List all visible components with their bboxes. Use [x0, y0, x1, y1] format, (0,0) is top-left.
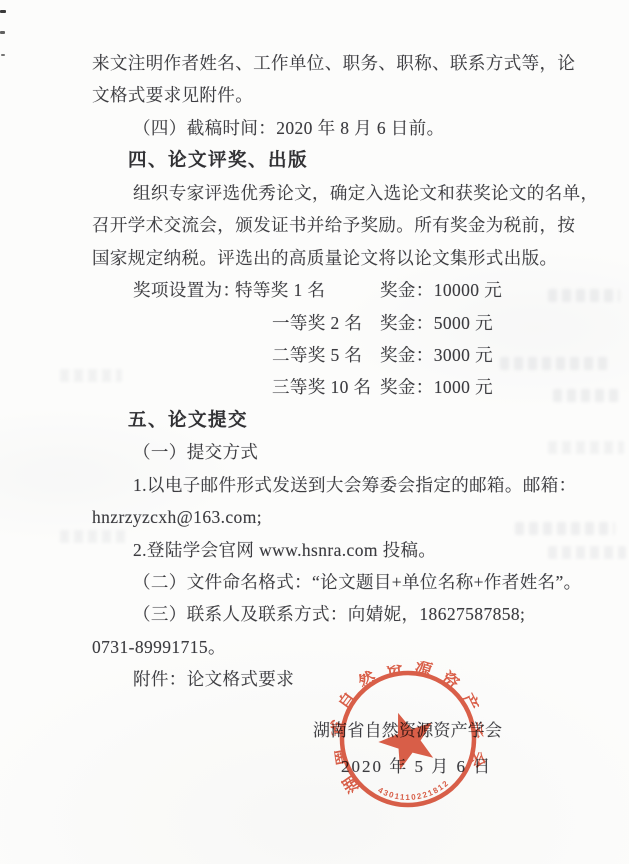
prize-name: 三等奖 10 名: [272, 371, 371, 403]
official-red-seal: 湖南省自然资源资产学会 4301110221812: [323, 654, 492, 823]
prize-row-second: 二等奖 5 名 奖金：3000 元: [92, 339, 574, 371]
prize-name: 一等奖 2 名: [272, 307, 362, 339]
body-line-intro-2: 文格式要求见附件。: [92, 79, 574, 111]
prize-award: 奖金：3000 元: [380, 339, 493, 371]
prize-row-first: 一等奖 2 名 奖金：5000 元: [92, 307, 574, 339]
prize-award: 奖金：5000 元: [380, 307, 493, 339]
scan-speck: [0, 31, 5, 34]
prize-table-prefix: 奖项设置为：: [133, 274, 240, 306]
body-line-deadline: （四）截稿时间：2020 年 8 月 6 日前。: [92, 112, 574, 144]
prize-award: 奖金：1000 元: [380, 371, 493, 403]
prize-name: 特等奖 1 名: [235, 274, 325, 306]
seal-star-icon: [375, 708, 438, 772]
section4-body-line-1: 组织专家评选优秀论文，确定入选论文和获奖论文的名单，: [92, 177, 574, 209]
section4-heading: 四、论文评奖、出版: [92, 144, 574, 176]
document-body: 来文注明作者姓名、工作单位、职务、职称、联系方式等，论 文格式要求见附件。 （四…: [92, 47, 574, 696]
prize-name: 二等奖 5 名: [272, 339, 362, 371]
section5-item1-line: 1.以电子邮件形式发送到大会筹委会指定的邮箱。邮箱：: [92, 469, 574, 501]
section4-body-line-3: 国家规定纳税。评选出的高质量论文将以论文集形式出版。: [92, 242, 574, 274]
prize-award: 奖金：10000 元: [380, 274, 502, 306]
section5-sub2-line: （二）文件命名格式：“论文题目+单位名称+作者姓名”。: [92, 566, 574, 598]
section5-sub1-title: （一）提交方式: [92, 436, 574, 468]
section5-item1-email: hnzrzyzcxh@163.com;: [92, 501, 574, 533]
body-line-intro-1: 来文注明作者姓名、工作单位、职务、职称、联系方式等，论: [92, 47, 574, 79]
scanned-document-page: 来文注明作者姓名、工作单位、职务、职称、联系方式等，论 文格式要求见附件。 （四…: [0, 0, 629, 864]
section5-heading: 五、论文提交: [92, 404, 574, 436]
scan-speck: [1, 54, 5, 56]
prize-row-third: 三等奖 10 名 奖金：1000 元: [92, 371, 574, 403]
section4-body-line-2: 召开学术交流会，颁发证书并给予奖励。所有奖金为税前，按: [92, 209, 574, 241]
prize-row-special: 奖项设置为： 特等奖 1 名 奖金：10000 元: [92, 274, 574, 306]
section5-sub3-line-2: 0731-89991715。: [92, 631, 574, 663]
section5-sub3-line-1: （三）联系人及联系方式：向婧妮，18627587858;: [92, 598, 574, 630]
scan-speck: [0, 10, 6, 13]
section5-item2-line: 2.登陆学会官网 www.hsnra.com 投稿。: [92, 534, 574, 566]
